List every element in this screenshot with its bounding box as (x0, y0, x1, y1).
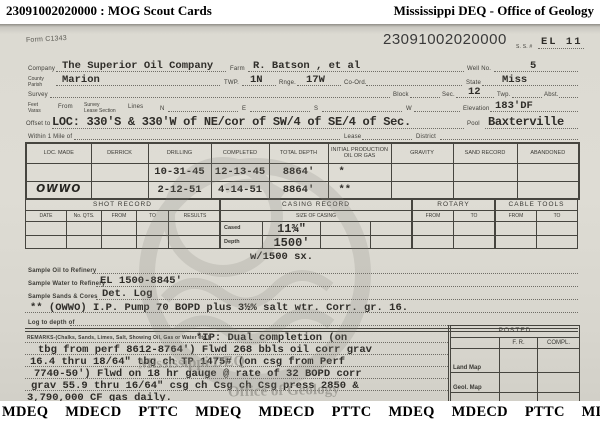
elevation-label: Elevation (463, 106, 489, 113)
geol-map-label: Geol. Map (450, 373, 500, 393)
s-label: S (314, 106, 318, 113)
cell: * (328, 163, 391, 181)
cell (91, 163, 148, 181)
shot-col-to: TO (137, 211, 169, 222)
form-number: Form C1343 (26, 35, 67, 45)
survey-label: Survey (28, 92, 48, 99)
col-initial-production: INITIAL PRODUCTION OIL OR GAS (328, 143, 391, 163)
sample-oil-label: Sample Oil to Refinery (28, 268, 96, 275)
page-header: 23091002020000 : MOG Scout Cards Mississ… (0, 0, 600, 24)
cell (26, 163, 91, 181)
rotary-to: TO (454, 211, 494, 222)
completion-row-1: 10-31-45 12-13-45 8864' * (26, 163, 579, 181)
col-sand-record: SAND RECORD (453, 143, 517, 163)
company-value: The Superior Oil Company (62, 61, 213, 72)
cell: 8864' (269, 163, 328, 181)
cable-tools-section: CABLE TOOLS FROM TO (496, 199, 577, 248)
cable-from: FROM (496, 211, 537, 222)
cased-label: Cased (221, 222, 263, 236)
twp-label: TWP. (224, 80, 239, 87)
rnge-label: Rnge. (279, 80, 296, 87)
e-label: E (242, 106, 246, 113)
size-of-casing-header: SIZE OF CASING (221, 211, 411, 222)
page-footer: MDEQ MDECD PTTC MDEQ MDECD PTTC MDEQ MDE… (0, 401, 600, 425)
col-abandoned: ABANDONED (517, 143, 579, 163)
land-map-label: Land Map (450, 349, 500, 373)
district-label: District (416, 134, 436, 141)
sample-sands-value: Det. Log (102, 289, 152, 300)
completion-header-row: LOC. MADE DERRICK DRILLING COMPLETED TOT… (26, 143, 579, 163)
shot-col-qts: No. QTS. (67, 211, 102, 222)
state-value: Miss (502, 75, 527, 86)
col-total-depth: TOTAL DEPTH (269, 143, 328, 163)
sec-label: Sec. (442, 92, 455, 99)
cell (453, 163, 517, 181)
well-no-value: 5 (530, 61, 536, 72)
remarks-line-6: 3,790,000 CF gas daily. (27, 393, 172, 401)
page: 23091002020000 : MOG Scout Cards Mississ… (0, 0, 600, 425)
record-band: SHOT RECORD DATE No. QTS. FROM TO RESULT… (25, 198, 578, 249)
feet-varas-label: Feet Varas (28, 102, 41, 114)
twp-value: 1N (250, 75, 263, 86)
cell (91, 181, 148, 199)
shot-record-title: SHOT RECORD (26, 199, 219, 211)
cable-tools-title: CABLE TOOLS (496, 199, 577, 211)
cell (453, 181, 517, 199)
shot-col-results: RESULTS (169, 211, 221, 222)
rotary-section: ROTARY FROM TO (413, 199, 496, 248)
api-number-stamp: 23091002020000 (383, 32, 507, 47)
posted-table: POSTED F. R. COMPL. Land Map Geol. Map (448, 325, 580, 401)
page-header-title: 23091002020000 : MOG Scout Cards (6, 4, 212, 17)
cell: 8864' (269, 181, 328, 199)
shot-col-date: DATE (26, 211, 67, 222)
cell: ** (328, 181, 391, 199)
pool-label: Pool (467, 121, 480, 128)
shot-col-from: FROM (102, 211, 137, 222)
rotary-title: ROTARY (413, 199, 494, 211)
sec-value: 12 (468, 87, 481, 98)
company-label: Company (28, 66, 55, 73)
completion-table: LOC. MADE DERRICK DRILLING COMPLETED TOT… (25, 142, 580, 200)
cell (517, 163, 579, 181)
owwo-ip-note: ** (OWWO) I.P. Pump 70 BOPD plus 3½% sal… (30, 303, 408, 314)
w-label: W (406, 106, 412, 113)
footer-strip-text: MDEQ MDECD PTTC MDEQ MDECD PTTC MDEQ MDE… (2, 405, 600, 420)
abst-label: Abst. (544, 92, 559, 99)
rotary-from: FROM (413, 211, 454, 222)
survey-section-label: Survey Lease Section (84, 102, 116, 114)
county-label: County Parish (28, 76, 44, 88)
block-label: Block (393, 92, 409, 99)
col-loc-made: LOC. MADE (26, 143, 91, 163)
col-drilling: DRILLING (148, 143, 211, 163)
farm-label: Farm (230, 66, 245, 73)
depth-label: Depth (221, 236, 263, 249)
sample-water-value: EL 1500-8845' (100, 276, 182, 287)
ss-label: S. S. # (516, 45, 532, 51)
farm-value: R. Batson , et al (253, 61, 360, 72)
cable-to: TO (537, 211, 577, 222)
cell (517, 181, 579, 199)
cell: 4-14-51 (211, 181, 269, 199)
lease-label: Lease (344, 134, 361, 141)
log-depth-label: Log to depth of (28, 320, 75, 327)
posted-col-fr: F. R. (500, 338, 538, 349)
cell: 2-12-51 (148, 181, 211, 199)
well-no-label: Well No. (467, 66, 491, 73)
casing-record-title: CASING RECORD (221, 199, 411, 211)
cell (391, 163, 453, 181)
shot-record-section: SHOT RECORD DATE No. QTS. FROM TO RESULT… (26, 199, 221, 248)
n-label: N (160, 106, 165, 113)
posted-title: POSTED (450, 326, 580, 338)
cell (391, 181, 453, 199)
depth-value: 1500' (273, 237, 309, 249)
twp2-label: Twp. (497, 92, 510, 99)
cased-value: 11¾" (277, 223, 306, 235)
cell: 12-13-45 (211, 163, 269, 181)
from-label: From (58, 104, 73, 111)
rnge-value: 17W (306, 75, 325, 86)
remarks-label: REMARKS-(Chalks, Sands, Limes, Salt, Sho… (27, 336, 210, 342)
offset-label: Offset to (26, 121, 50, 128)
page-header-agency: Mississippi DEQ - Office of Geology (394, 4, 594, 17)
scout-card-scan: Form C1343 23091002020000 S. S. # EL 11 … (0, 24, 600, 401)
col-derrick: DERRICK (91, 143, 148, 163)
col-gravity: GRAVITY (391, 143, 453, 163)
sacks-note: w/1500 sx. (250, 252, 313, 263)
county-value: Marion (62, 75, 100, 86)
owwo-handwriting: OWWO (36, 183, 81, 195)
ss-value: EL 11 (541, 37, 583, 48)
elevation-value: 183'DF (495, 101, 533, 112)
cell: 10-31-45 (148, 163, 211, 181)
location-value: LOC: 330'S & 330'W of NE/cor of SW/4 of … (52, 116, 411, 128)
lines-label: Lines (128, 104, 143, 111)
posted-col-compl: COMPL. (538, 338, 580, 349)
within-mile-label: Within 1 Mile of (28, 134, 72, 141)
pool-value: Baxterville (488, 116, 564, 128)
completion-row-2: OWWO 2-12-51 4-14-51 8864' ** (26, 181, 579, 199)
sample-water-label: Sample Water to Refinery (28, 281, 105, 288)
col-completed: COMPLETED (211, 143, 269, 163)
coord-label: Co-Ord. (344, 80, 367, 87)
sample-sands-label: Sample Sands & Cores (28, 294, 98, 301)
casing-record-section: CASING RECORD SIZE OF CASING Cased 11¾" … (221, 199, 413, 248)
